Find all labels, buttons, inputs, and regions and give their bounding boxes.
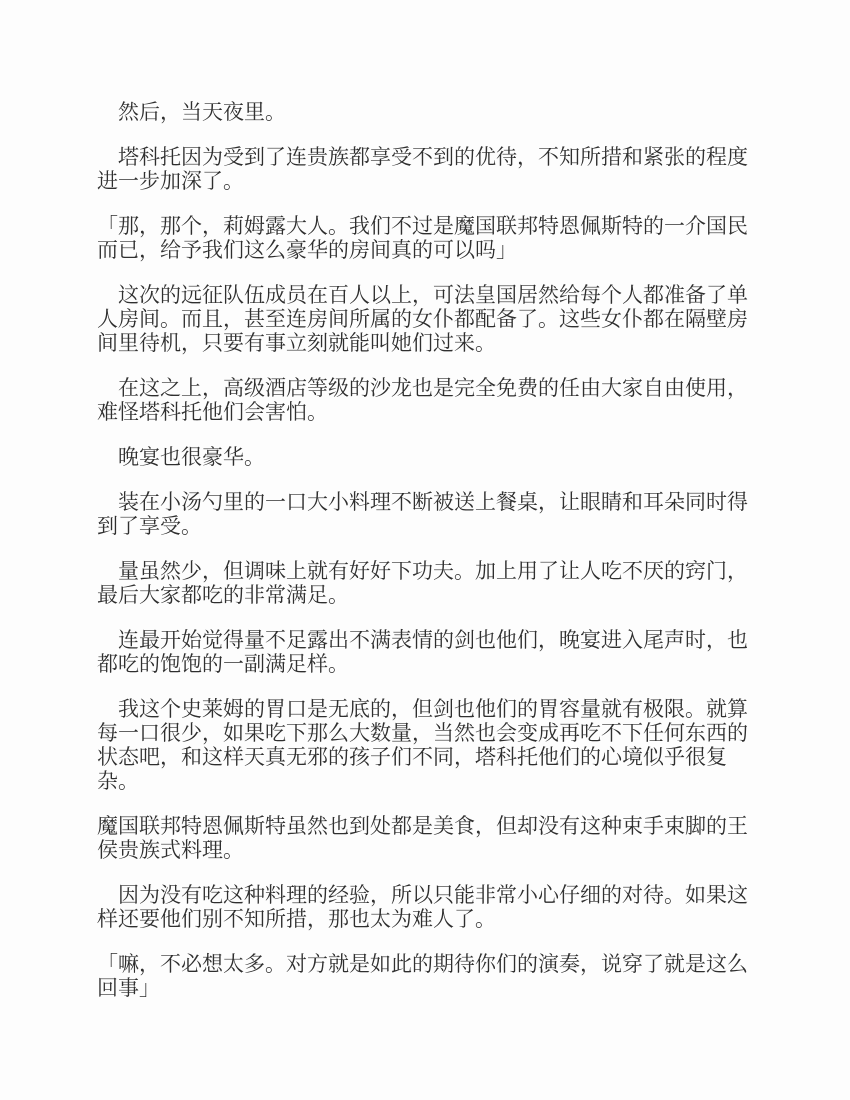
paragraph: 装在小汤勺里的一口大小料理不断被送上餐桌，让眼睛和耳朵同时得到了享受。 xyxy=(97,490,748,538)
paragraph: 我这个史莱姆的胃口是无底的，但剑也他们的胃容量就有极限。就算每一口很少，如果吃下… xyxy=(97,697,748,793)
paragraph: 晚宴也很豪华。 xyxy=(97,445,748,469)
dialogue-paragraph: 「那，那个，莉姆露大人。我们不过是魔国联邦特恩佩斯特的一介国民而已，给予我们这么… xyxy=(97,214,748,262)
paragraph: 因为没有吃这种料理的经验，所以只能非常小心仔细的对待。如果这样还要他们别不知所措… xyxy=(97,883,748,931)
paragraph: 塔科托因为受到了连贵族都享受不到的优待，不知所措和紧张的程度进一步加深了。 xyxy=(97,145,748,193)
paragraph: 在这之上，高级酒店等级的沙龙也是完全免费的任由大家自由使用，难怪塔科托他们会害怕… xyxy=(97,376,748,424)
novel-page: 然后，当天夜里。 塔科托因为受到了连贵族都享受不到的优待，不知所措和紧张的程度进… xyxy=(97,100,748,1000)
dialogue-paragraph: 「嘛，不必想太多。对方就是如此的期待你们的演奏，说穿了就是这么回事」 xyxy=(97,952,748,1000)
paragraph: 魔国联邦特恩佩斯特虽然也到处都是美食，但却没有这种束手束脚的王侯贵族式料理。 xyxy=(97,814,748,862)
paragraph: 然后，当天夜里。 xyxy=(97,100,748,124)
paragraph: 这次的远征队伍成员在百人以上，可法皇国居然给每个人都准备了单人房间。而且，甚至连… xyxy=(97,283,748,355)
paragraph: 连最开始觉得量不足露出不满表情的剑也他们，晚宴进入尾声时，也都吃的饱饱的一副满足… xyxy=(97,628,748,676)
paragraph: 量虽然少，但调味上就有好好下功夫。加上用了让人吃不厌的窍门，最后大家都吃的非常满… xyxy=(97,559,748,607)
